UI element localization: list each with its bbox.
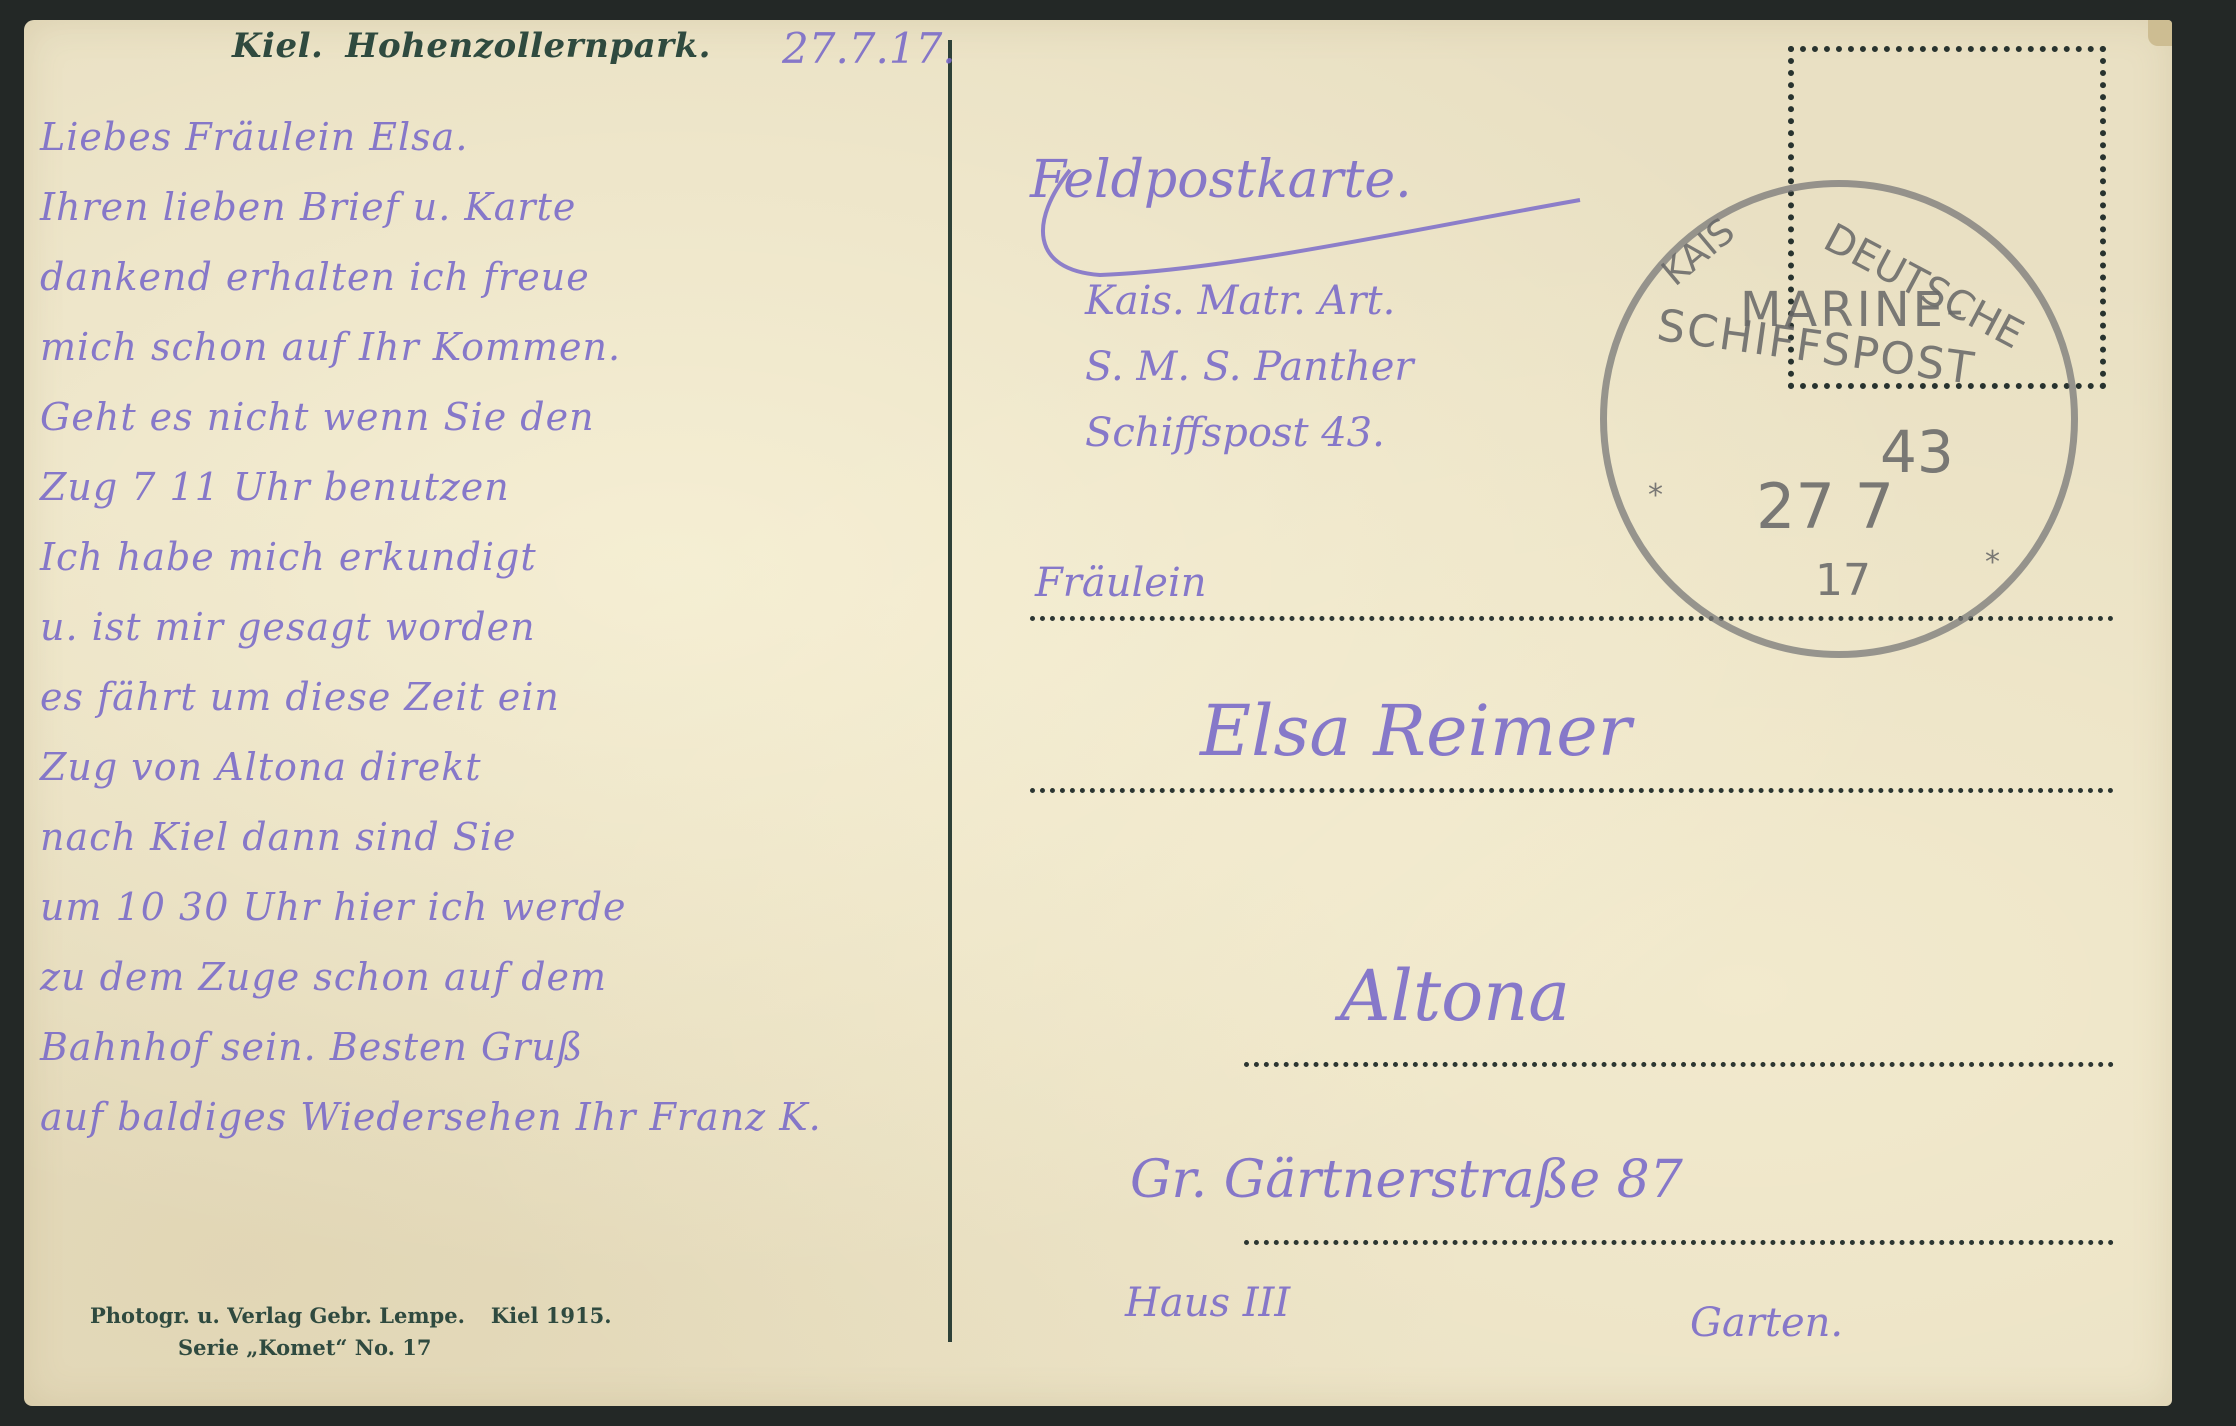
message-line: u. ist mir gesagt worden: [40, 592, 822, 662]
message-line: es fährt um diese Zeit ein: [40, 662, 822, 732]
message-line: Ich habe mich erkundigt: [40, 522, 822, 592]
series-line: Serie „Komet“ No. 17: [90, 1332, 612, 1364]
center-divider-line: [948, 40, 952, 1342]
sender-block: Kais. Matr. Art. S. M. S. Panther Schiff…: [1085, 268, 1414, 466]
message-line: Liebes Fräulein Elsa.: [40, 102, 822, 172]
message-line: dankend erhalten ich freue: [40, 242, 822, 312]
addressee-note: Garten.: [1690, 1300, 1843, 1346]
message-line: Zug 7 11 Uhr benutzen: [40, 452, 822, 522]
address-line-2: [1030, 788, 2114, 798]
message-line: nach Kiel dann sind Sie: [40, 802, 822, 872]
addressee-salutation: Fräulein: [1035, 560, 1207, 606]
addressee-city: Altona: [1340, 955, 1570, 1037]
message-line: Zug von Altona direkt: [40, 732, 822, 802]
title-place: Kiel.: [232, 26, 323, 66]
address-line-3: [1244, 1062, 2114, 1072]
handwritten-message: Liebes Fräulein Elsa. Ihren lieben Brief…: [40, 102, 822, 1152]
postmark-star-icon: *: [1648, 478, 1663, 513]
message-line: auf baldiges Wiedersehen Ihr Franz K.: [40, 1082, 822, 1152]
sender-line: S. M. S. Panther: [1085, 334, 1414, 400]
postmark-date: 27 7: [1756, 470, 1894, 543]
message-line: Bahnhof sein. Besten Gruß: [40, 1012, 822, 1082]
printed-title: Kiel.Hohenzollernpark.: [232, 26, 733, 66]
message-line: Geht es nicht wenn Sie den: [40, 382, 822, 452]
addressee-street: Gr. Gärtnerstraße 87: [1130, 1150, 1683, 1210]
message-line: um 10 30 Uhr hier ich werde: [40, 872, 822, 942]
sender-line: Kais. Matr. Art.: [1085, 268, 1414, 334]
worn-corner: [2148, 20, 2172, 46]
title-name: Hohenzollernpark.: [345, 26, 711, 66]
publisher-credit: Photogr. u. Verlag Gebr. Lempe.Kiel 1915…: [90, 1300, 612, 1364]
sender-line: Schiffspost 43.: [1085, 400, 1414, 466]
address-line-4: [1244, 1240, 2114, 1250]
message-line: mich schon auf Ihr Kommen.: [40, 312, 822, 382]
message-line: zu dem Zuge schon auf dem: [40, 942, 822, 1012]
handwritten-date: 27.7.17.: [782, 24, 956, 73]
addressee-floor: Haus III: [1125, 1280, 1290, 1326]
addressee-name: Elsa Reimer: [1200, 690, 1631, 772]
postmark-star-icon: *: [1985, 545, 2000, 580]
message-line: Ihren lieben Brief u. Karte: [40, 172, 822, 242]
postmark-year: 17: [1815, 555, 1871, 606]
publisher-line: Photogr. u. Verlag Gebr. Lempe.: [90, 1303, 465, 1328]
publisher-city-year: Kiel 1915.: [491, 1303, 612, 1328]
